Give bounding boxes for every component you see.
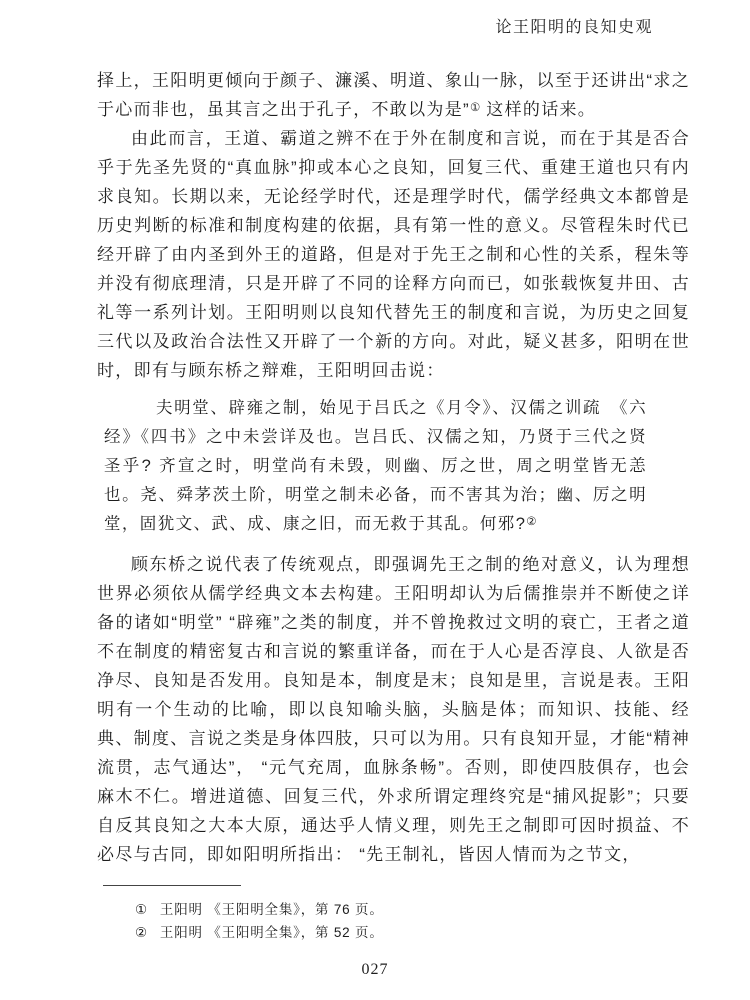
footnote-item: ②王阳明 《王阳明全集》，第 52 页。 <box>97 921 690 944</box>
page-number: 027 <box>0 961 750 979</box>
running-header: 论王阳明的良知史观 <box>495 14 653 37</box>
footnote-marker: ① <box>135 898 148 921</box>
footnote-divider <box>103 885 241 886</box>
paragraph-1-text-after: 这样的话来。 <box>480 100 596 119</box>
document-page: 论王阳明的良知史观 择上，王阳明更倾向于颜子、濂溪、明道、象山一脉，以至于还讲出… <box>0 0 750 1000</box>
footnote-text: 王阳明 《王阳明全集》，第 76 页。 <box>160 902 384 917</box>
paragraph-1-text: 择上，王阳明更倾向于颜子、濂溪、明道、象山一脉，以至于还讲出“求之于心而非也，虽… <box>97 71 690 119</box>
footnote-ref-1: ① <box>470 102 480 114</box>
paragraph-2: 由此而言，王道、霸道之辨不在于外在制度和言说，而在于其是否合乎于先圣先贤的“真血… <box>97 124 690 385</box>
footnote-item: ①王阳明 《王阳明全集》，第 76 页。 <box>97 898 690 921</box>
footnote-text: 王阳明 《王阳明全集》，第 52 页。 <box>160 925 384 940</box>
quote-text: 夫明堂、辟雍之制，始见于吕氏之《月令》、汉儒之训疏 《六经》《四书》之中未尝详及… <box>104 399 647 533</box>
paragraph-3: 顾东桥之说代表了传统观点，即强调先王之制的绝对意义，认为理想世界必须依从儒学经典… <box>97 550 690 869</box>
footnote-marker: ② <box>135 921 148 944</box>
block-quote: 夫明堂、辟雍之制，始见于吕氏之《月令》、汉儒之训疏 《六经》《四书》之中未尝详及… <box>104 394 647 539</box>
page-content: 择上，王阳明更倾向于颜子、濂溪、明道、象山一脉，以至于还讲出“求之于心而非也，虽… <box>97 66 690 869</box>
paragraph-1: 择上，王阳明更倾向于颜子、濂溪、明道、象山一脉，以至于还讲出“求之于心而非也，虽… <box>97 66 690 124</box>
footnote-ref-2: ② <box>526 516 536 528</box>
footnotes: ①王阳明 《王阳明全集》，第 76 页。 ②王阳明 《王阳明全集》，第 52 页… <box>97 898 690 944</box>
